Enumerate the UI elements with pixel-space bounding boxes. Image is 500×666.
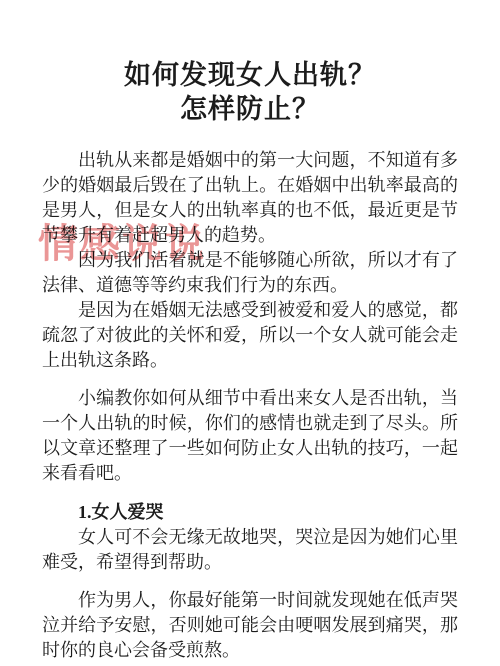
paragraph-editor-note: 小编教你如何从细节中看出来女人是否出轨，当一个人出轨的时候，你们的感情也就走到了… xyxy=(42,386,458,486)
article-content: 如何发现女人出轨？ 怎样防止？ 出轨从来都是婚姻中的第一大问题，不知道有多少的婚… xyxy=(0,0,500,663)
page-title-line1: 如何发现女人出轨？ xyxy=(42,58,458,92)
page-title-line2: 怎样防止？ xyxy=(42,92,458,126)
article-body: 出轨从来都是婚姻中的第一大问题，不知道有多少的婚姻最后毁在了出轨上。在婚姻中出轨… xyxy=(42,148,458,663)
document-page: 情感说说 如何发现女人出轨？ 怎样防止？ 出轨从来都是婚姻中的第一大问题，不知道… xyxy=(0,0,500,666)
paragraph-law: 因为我们活着就是不能够随心所欲，所以才有了法律、道德等等约束我们行为的东西。 xyxy=(42,248,458,298)
paragraph-reason: 是因为在婚姻无法感受到被爱和爱人的感觉，都疏忽了对彼此的关怀和爱，所以一个女人就… xyxy=(42,298,458,373)
paragraph-intro: 出轨从来都是婚姻中的第一大问题，不知道有多少的婚姻最后毁在了出轨上。在婚姻中出轨… xyxy=(42,148,458,248)
page-title: 如何发现女人出轨？ 怎样防止？ xyxy=(42,58,458,126)
paragraph-crying-1: 女人可不会无缘无故地哭，哭泣是因为她们心里难受，希望得到帮助。 xyxy=(42,525,458,575)
section-heading-crying: 1.女人爱哭 xyxy=(42,500,458,525)
paragraph-crying-2: 作为男人，你最好能第一时间就发现她在低声哭泣并给予安慰，否则她可能会由哽咽发展到… xyxy=(42,588,458,663)
